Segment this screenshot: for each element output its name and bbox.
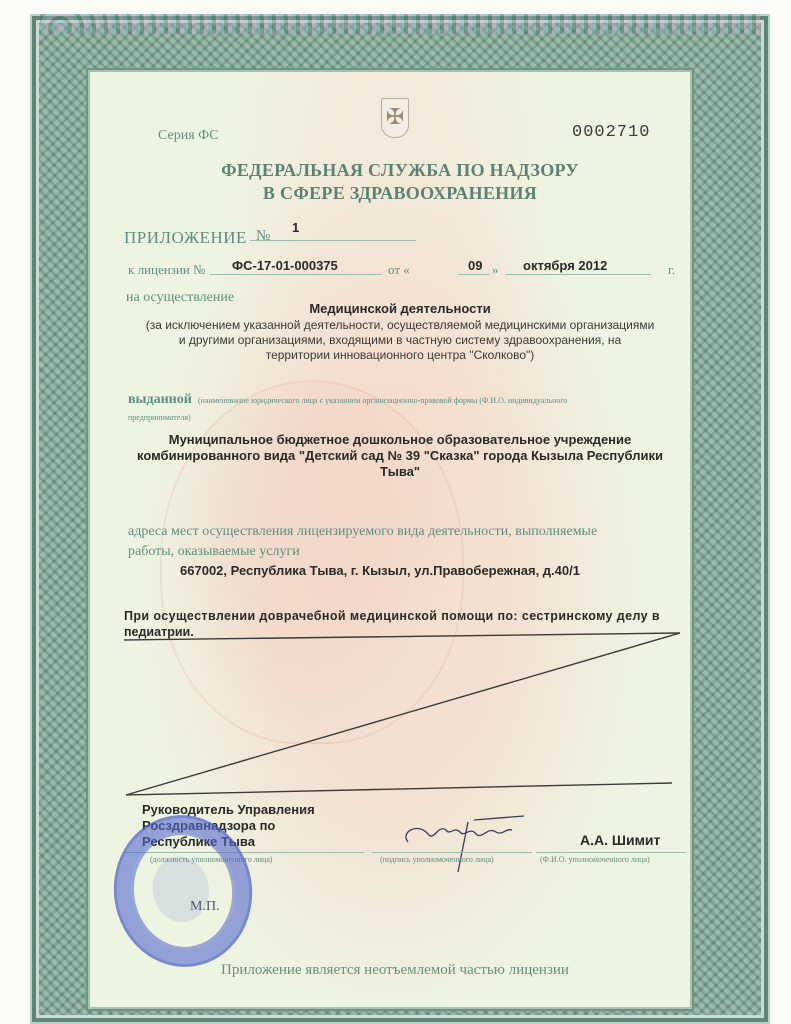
name-caption: (Ф.И.О. уполномоченного лица): [540, 855, 650, 864]
signer-name: А.А. Шимит: [580, 832, 660, 848]
signature-caption: (подпись уполномоченного лица): [380, 855, 494, 864]
signer-position-line1: Руководитель Управления: [142, 802, 315, 817]
seal-label: М.П.: [190, 899, 220, 915]
footer-note: Приложение является неотъемлемой частью …: [100, 962, 690, 979]
